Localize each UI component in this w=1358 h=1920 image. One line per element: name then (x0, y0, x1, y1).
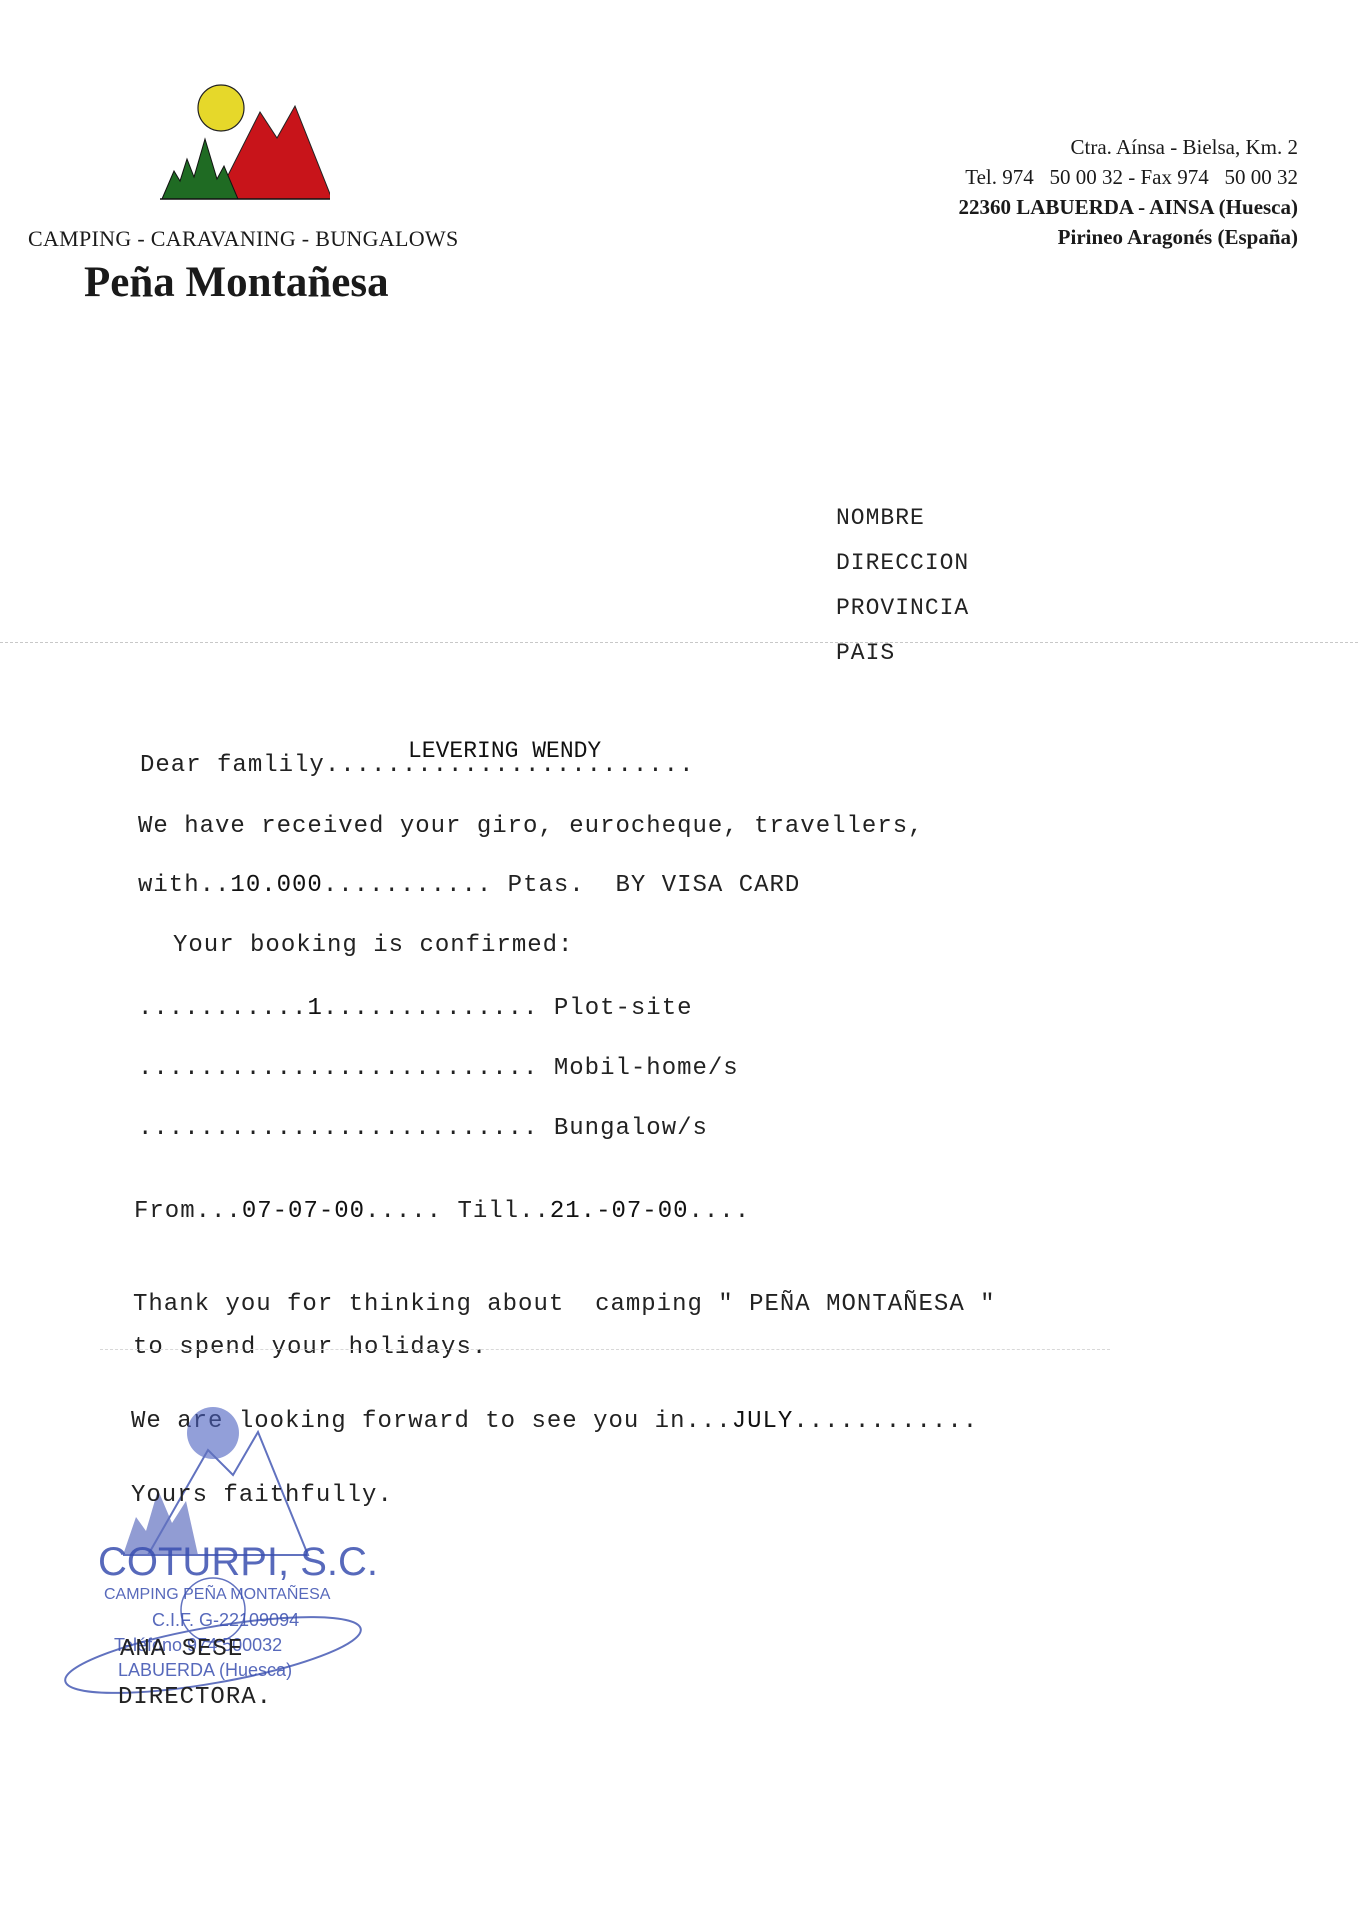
booking-item-label: Bungalow/s (554, 1115, 708, 1142)
region-line: Pirineo Aragonés (España) (1058, 222, 1298, 252)
booking-confirmed: Your booking is confirmed: (173, 932, 573, 959)
postal-line: 22360 LABUERDA - AINSA (Huesca) (958, 192, 1298, 222)
till-label: ..... Till.. (365, 1198, 550, 1225)
amount-prefix: with.. (138, 872, 230, 899)
amount-suffix: ........... Ptas. (323, 872, 585, 899)
dots: ........... (138, 995, 307, 1022)
recipient-country-label: PAIS (836, 640, 895, 666)
dates-line: From...07-07-00..... Till..21.-07-00.... (134, 1198, 750, 1225)
till-date: 21.-07-00 (550, 1198, 689, 1225)
recipient-province-label: PROVINCIA (836, 595, 969, 621)
dots: .............. (323, 995, 539, 1022)
stamp-line: C.I.F. G-22109094 (152, 1610, 299, 1631)
mountains-sun-logo-icon (160, 82, 330, 202)
received-line: We have received your giro, eurocheque, … (138, 813, 924, 840)
stamp-line: LABUERDA (Huesca) (118, 1660, 292, 1681)
stamp-line: CAMPING PEÑA MONTAÑESA (104, 1586, 330, 1604)
thanks-line-2: to spend your holidays. (133, 1334, 487, 1361)
tagline: CAMPING - CARAVANING - BUNGALOWS (28, 226, 458, 252)
from-date: 07-07-00 (242, 1198, 365, 1225)
fold-line (0, 642, 1358, 643)
amount-value: 10.000 (230, 872, 322, 899)
dots: .......................... (138, 1115, 538, 1142)
salutation: Dear famlily........................ (140, 752, 694, 779)
booking-item-bungalow: .......................... Bungalow/s (138, 1115, 708, 1142)
booking-item-label: Mobil-home/s (554, 1055, 739, 1082)
forward-month: JULY (732, 1408, 794, 1435)
stamp-company: COTURPI, S.C. (98, 1540, 378, 1585)
booking-item-plot-site: ...........1.............. Plot-site (138, 995, 693, 1022)
address-line: Ctra. Aínsa - Bielsa, Km. 2 (1071, 132, 1298, 162)
booking-item-label: Plot-site (554, 995, 693, 1022)
closing: Yours faithfully. (131, 1482, 393, 1509)
thanks-line-1: Thank you for thinking about camping " P… (133, 1291, 996, 1318)
payment-method: BY VISA CARD (616, 872, 801, 899)
from-label: From... (134, 1198, 242, 1225)
recipient-name-label: NOMBRE (836, 505, 925, 531)
booking-item-mobile-home: .......................... Mobil-home/s (138, 1055, 739, 1082)
recipient-address-label: DIRECCION (836, 550, 969, 576)
dots: ............ (793, 1408, 978, 1435)
fold-line (100, 1349, 1110, 1350)
brand-name: Peña Montañesa (84, 258, 389, 307)
phone-fax-line: Tel. 974 50 00 32 - Fax 974 50 00 32 (965, 162, 1298, 192)
dots: .... (689, 1198, 751, 1225)
plot-quantity: 1 (307, 995, 322, 1022)
amount-line: with..10.000........... Ptas. BY VISA CA… (138, 872, 800, 899)
signer-name: ANA SESE (120, 1636, 243, 1663)
dots: .......................... (138, 1055, 538, 1082)
signer-title: DIRECTORA. (118, 1684, 272, 1711)
